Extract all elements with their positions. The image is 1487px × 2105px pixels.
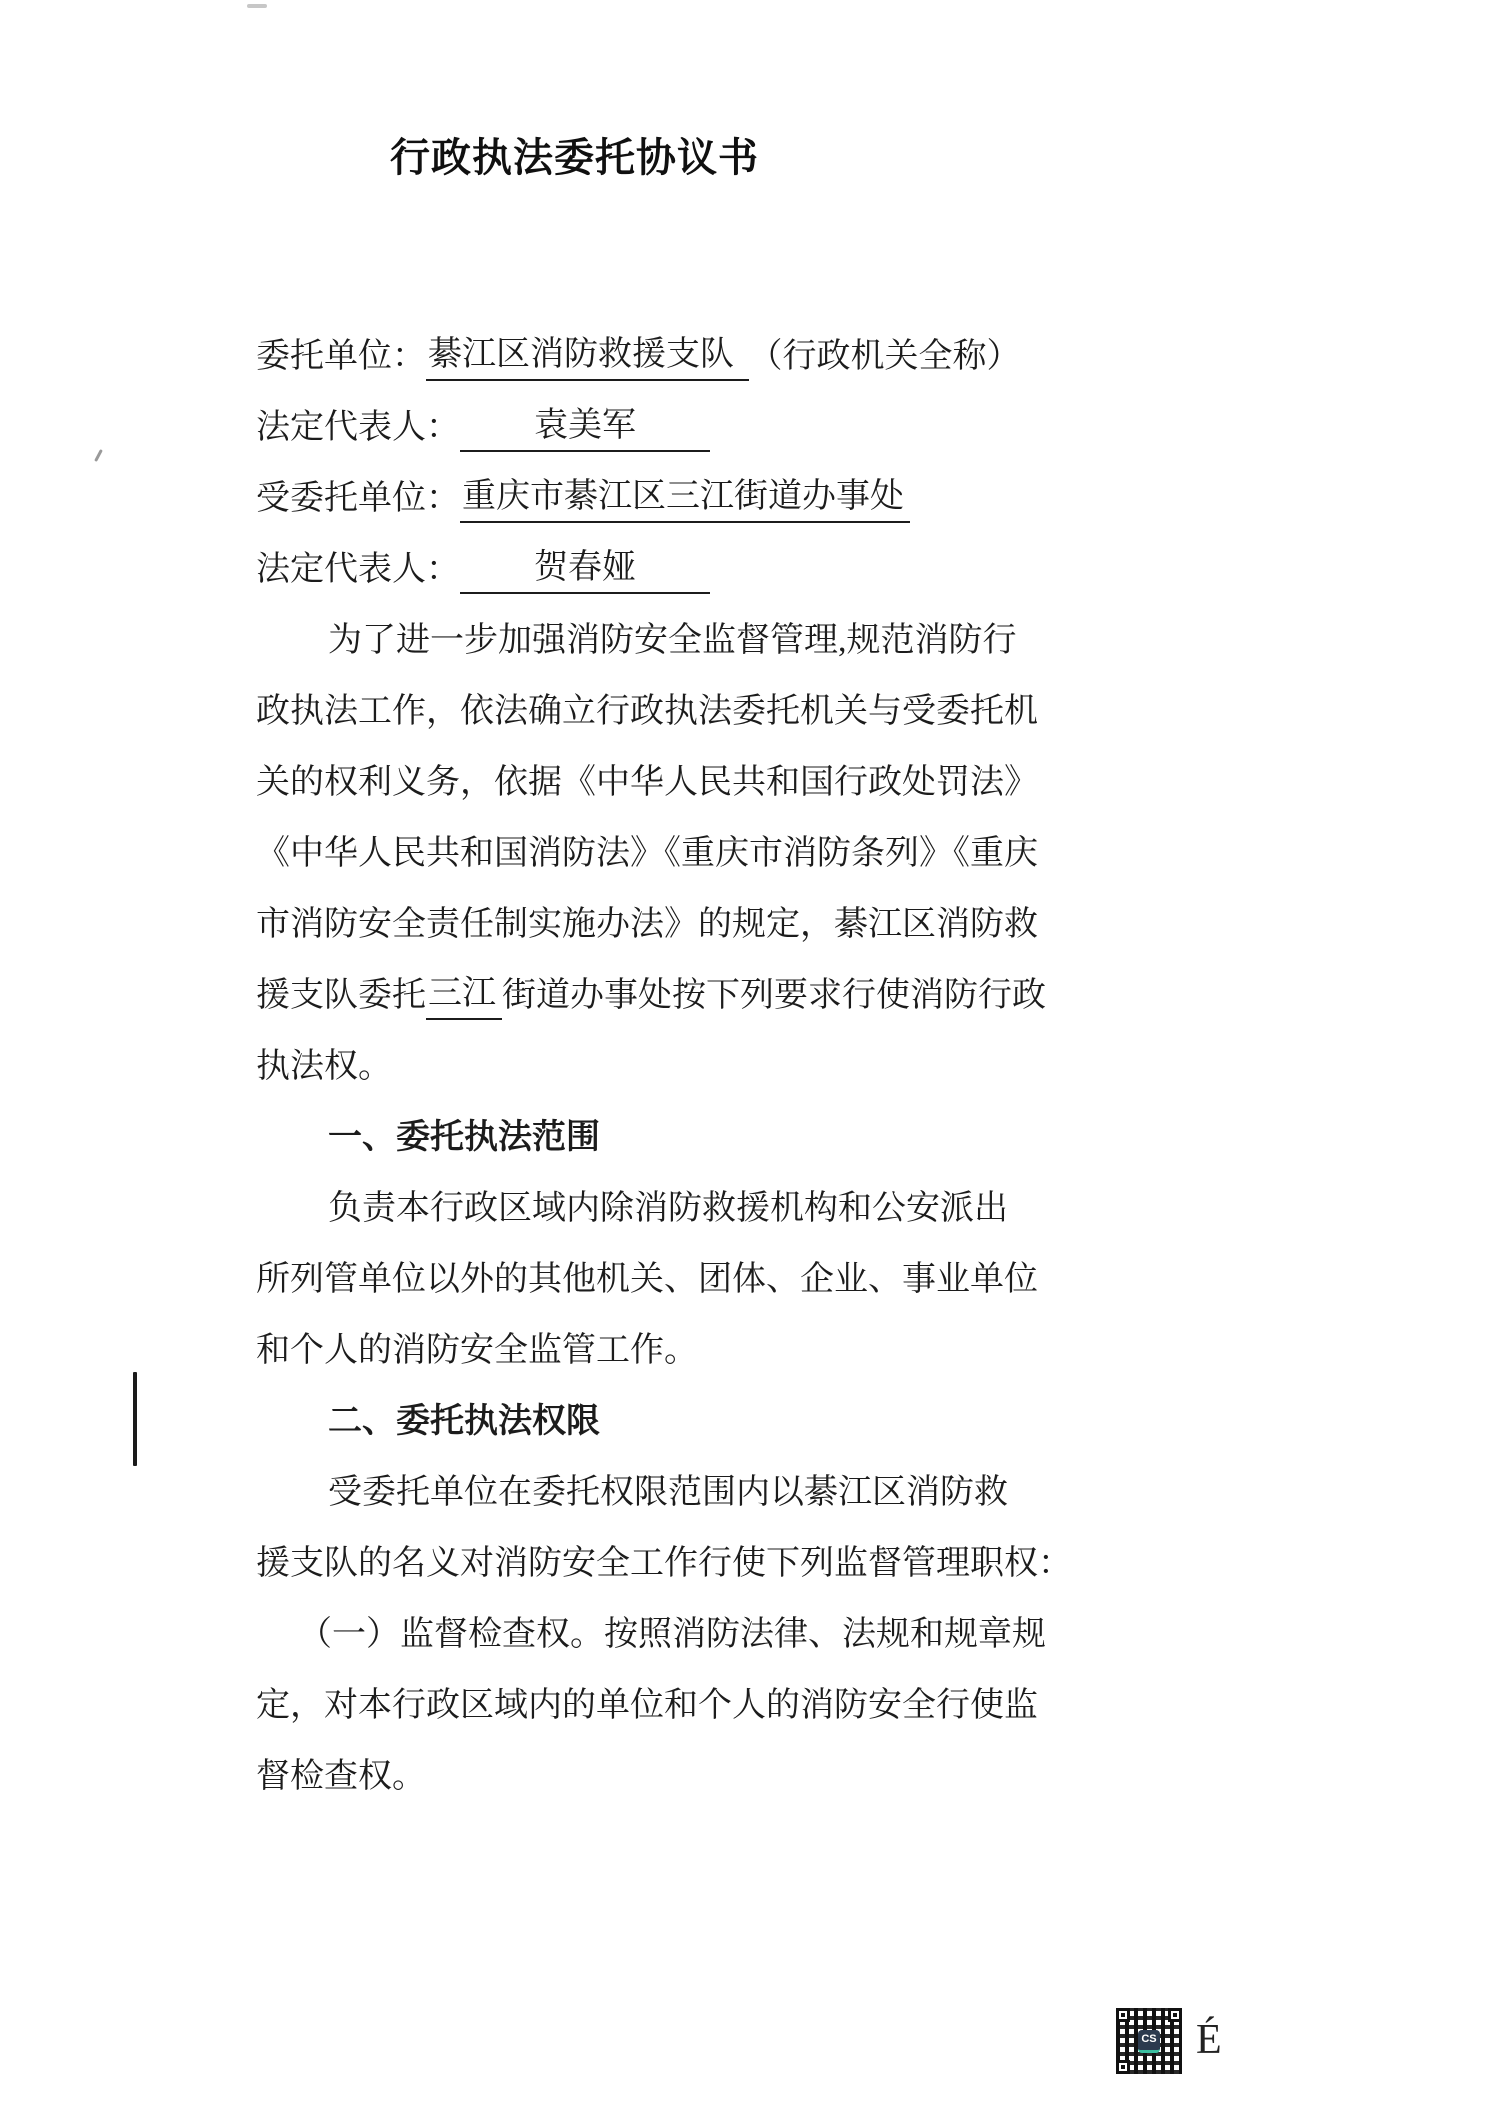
text-segment: 为了进一步加强消防安全监督管理,规范消防行	[328, 620, 1017, 663]
document-line: 受委托单位：重庆市綦江区三江街道办事处	[256, 464, 1016, 535]
document-line: 定，对本行政区域内的单位和个人的消防安全行使监	[256, 1671, 1016, 1742]
document-line: 执法权。	[256, 1032, 1016, 1103]
text-segment: （行政机关全称）	[749, 336, 1021, 379]
document-line: 政执法工作，依法确立行政执法委托机关与受委托机	[256, 677, 1016, 748]
qr-finder-icon	[1168, 2008, 1182, 2022]
text-segment: 定，对本行政区域内的单位和个人的消防安全行使监	[256, 1685, 1038, 1728]
text-segment: 法定代表人：	[256, 549, 460, 592]
text-segment: 和个人的消防安全监管工作。	[256, 1330, 698, 1373]
text-segment: 《中华人民共和国消防法》《重庆市消防条列》《重庆	[256, 833, 1038, 876]
underlined-value: 重庆市綦江区三江街道办事处	[460, 476, 910, 523]
section-heading: 一、委托执法范围	[256, 1103, 1016, 1174]
scan-smudge-top	[247, 4, 267, 8]
qr-code: CS	[1116, 2008, 1182, 2074]
section-heading: 二、委托执法权限	[256, 1387, 1016, 1458]
document-line: 和个人的消防安全监管工作。	[256, 1316, 1016, 1387]
text-segment: 关的权利义务，依据《中华人民共和国行政处罚法》	[256, 762, 1038, 805]
text-segment: 受委托单位在委托权限范围内以綦江区消防救	[328, 1472, 1008, 1515]
text-segment: 受委托单位：	[256, 478, 460, 521]
document-line: 市消防安全责任制实施办法》的规定，綦江区消防救	[256, 890, 1016, 961]
blank-field-value: 袁美军	[460, 405, 710, 452]
document-line: （一）监督检查权。按照消防法律、法规和规章规	[256, 1600, 1016, 1671]
scan-artifact-character: É	[1196, 2016, 1222, 2064]
document-line: 援支队的名义对消防安全工作行使下列监督管理职权：	[256, 1529, 1016, 1600]
text-segment: 委托单位：	[256, 336, 426, 379]
scanned-document-page: 行政执法委托协议书 委托单位：綦江区消防救援支队 （行政机关全称）法定代表人：袁…	[0, 0, 1487, 2105]
text-segment: 法定代表人：	[256, 407, 460, 450]
underlined-value: 綦江区消防救援支队	[426, 334, 749, 381]
document-line: 受委托单位在委托权限范围内以綦江区消防救	[256, 1458, 1016, 1529]
underlined-value: 三江	[426, 973, 502, 1020]
text-segment: 援支队委托	[256, 975, 426, 1018]
document-line: 法定代表人：贺春娅	[256, 535, 1016, 606]
document-title: 行政执法委托协议书	[390, 126, 770, 183]
text-segment: 一、委托执法范围	[328, 1117, 600, 1160]
qr-finder-icon	[1116, 2008, 1130, 2022]
text-segment: 街道办事处按下列要求行使消防行政	[502, 975, 1046, 1018]
document-line: 关的权利义务，依据《中华人民共和国行政处罚法》	[256, 748, 1016, 819]
cs-logo-icon: CS	[1138, 2030, 1160, 2053]
blank-field-value: 贺春娅	[460, 547, 710, 594]
document-line: 督检查权。	[256, 1742, 1016, 1813]
document-line: 援支队委托三江街道办事处按下列要求行使消防行政	[256, 961, 1016, 1032]
document-line: 所列管单位以外的其他机关、团体、企业、事业单位	[256, 1245, 1016, 1316]
qr-finder-icon	[1116, 2060, 1130, 2074]
text-segment: 二、委托执法权限	[328, 1401, 600, 1444]
text-segment: 执法权。	[256, 1046, 392, 1089]
document-line: 《中华人民共和国消防法》《重庆市消防条列》《重庆	[256, 819, 1016, 890]
text-segment: 政执法工作，依法确立行政执法委托机关与受委托机	[256, 691, 1038, 734]
document-line: 负责本行政区域内除消防救援机构和公安派出	[256, 1174, 1016, 1245]
text-segment: （一）监督检查权。按照消防法律、法规和规章规	[298, 1614, 1046, 1657]
document-line: 为了进一步加强消防安全监督管理,规范消防行	[256, 606, 1016, 677]
text-segment: 市消防安全责任制实施办法》的规定，綦江区消防救	[256, 904, 1038, 947]
scan-smudge-left	[94, 449, 103, 462]
text-segment: 负责本行政区域内除消防救援机构和公安派出	[328, 1188, 1008, 1231]
document-body: 委托单位：綦江区消防救援支队 （行政机关全称）法定代表人：袁美军受委托单位：重庆…	[256, 322, 1016, 1813]
document-line: 法定代表人：袁美军	[256, 393, 1016, 464]
text-segment: 援支队的名义对消防安全工作行使下列监督管理职权：	[256, 1543, 1072, 1586]
text-segment: 督检查权。	[256, 1756, 426, 1799]
margin-mark	[133, 1372, 137, 1466]
text-segment: 所列管单位以外的其他机关、团体、企业、事业单位	[256, 1259, 1038, 1302]
document-line: 委托单位：綦江区消防救援支队 （行政机关全称）	[256, 322, 1016, 393]
